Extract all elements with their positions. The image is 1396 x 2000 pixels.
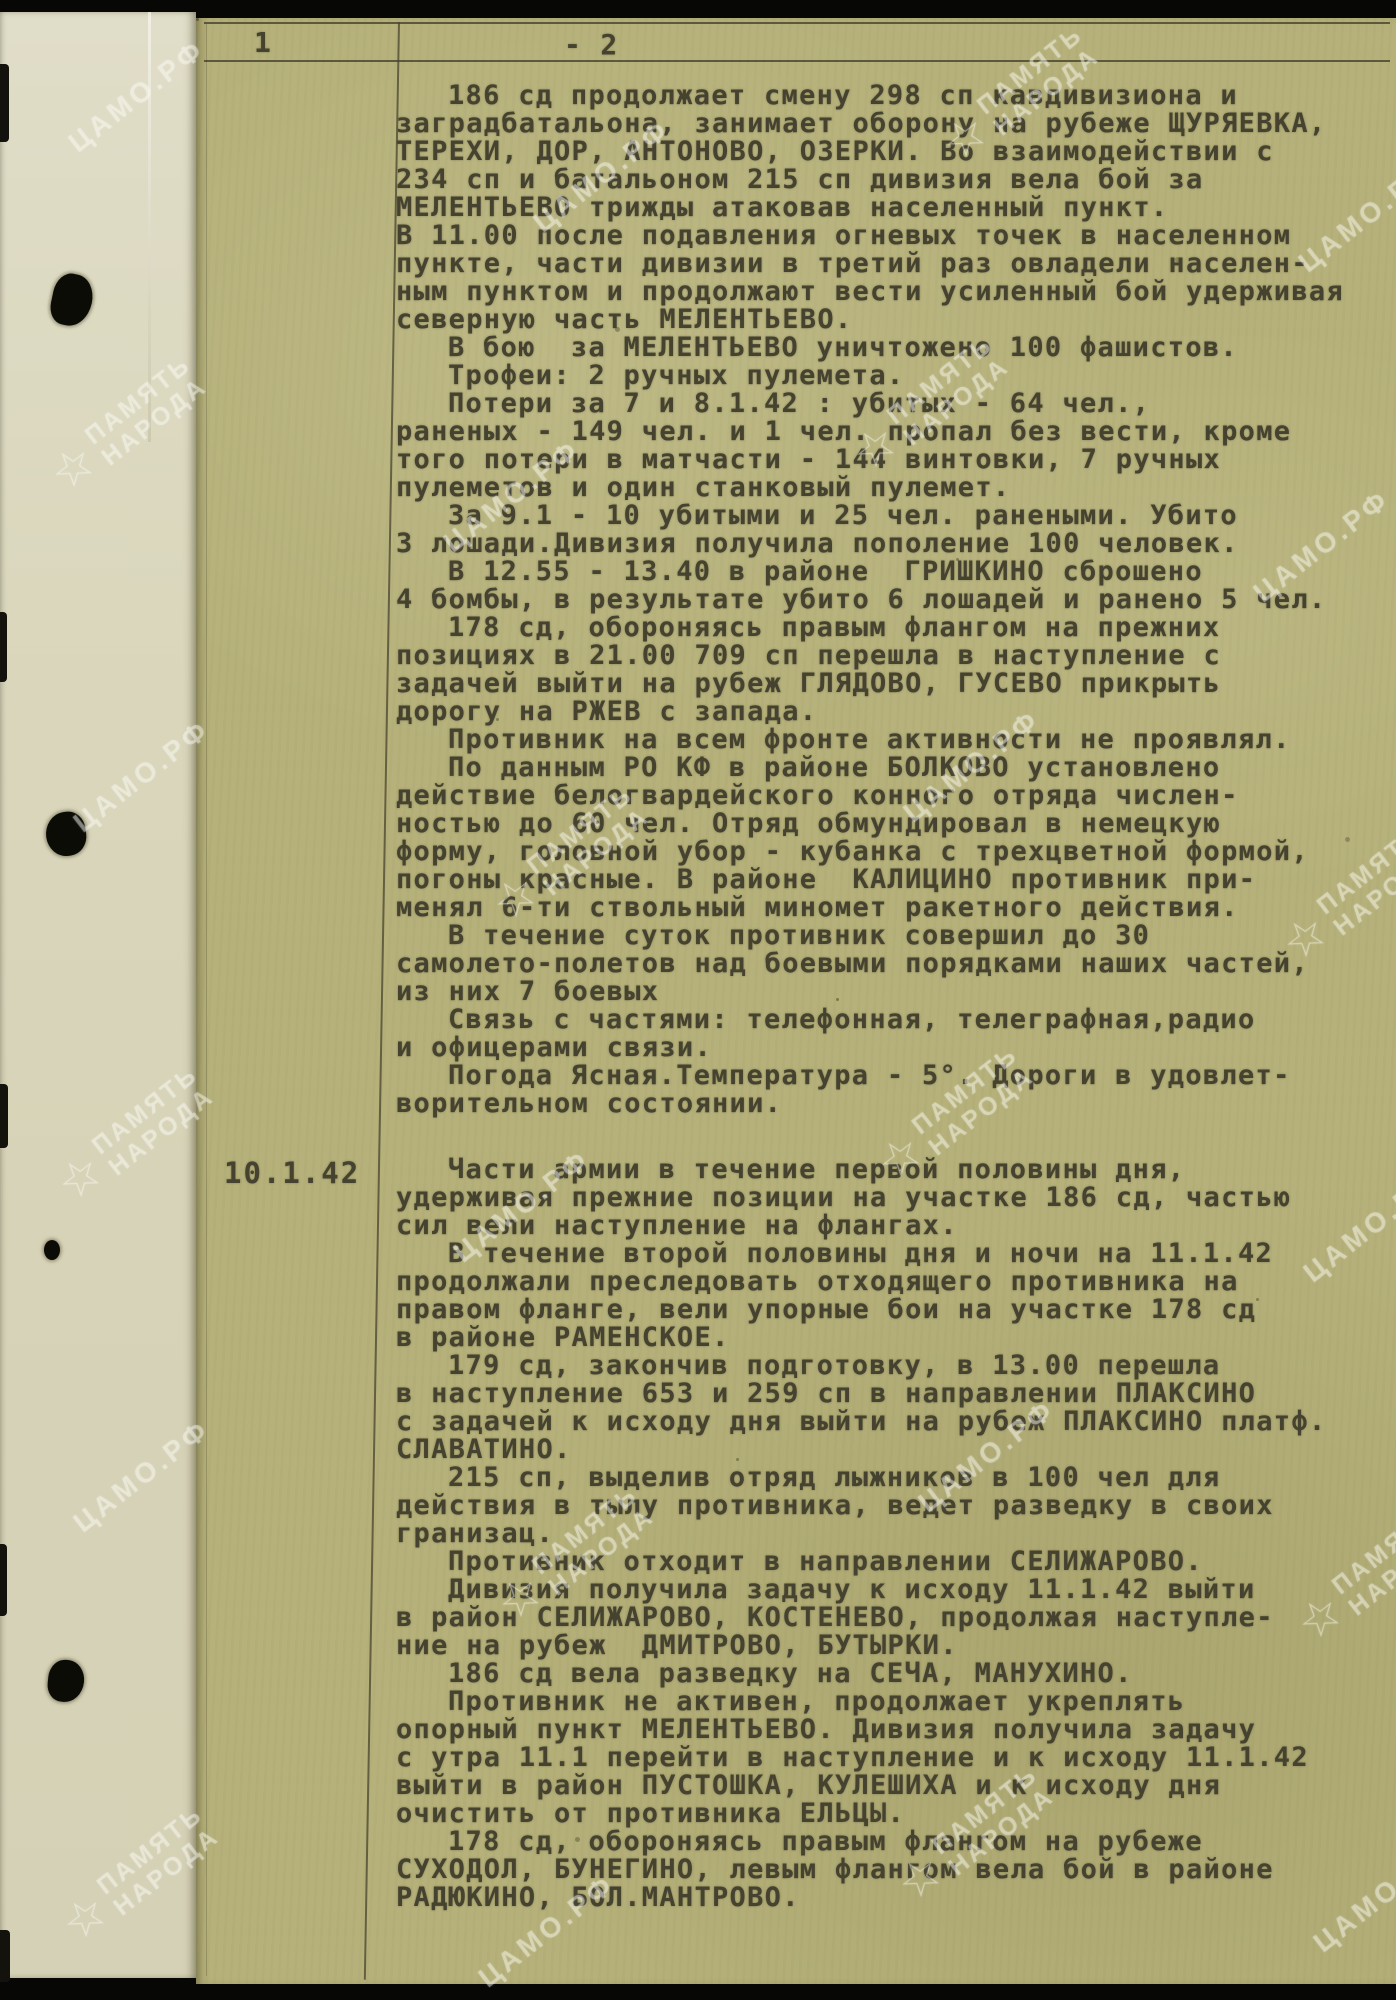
header-rule-top — [204, 22, 1390, 24]
text-line: Противник отходит в направлении СЕЛИЖАРО… — [396, 1548, 1396, 1576]
text-line: РАДЮКИНО, БОЛ.МАНТРОВО. — [396, 1884, 1396, 1912]
journal-entry-text: Части армии в течение первой половины дн… — [396, 1156, 1396, 1912]
scan-edge-mark — [0, 612, 7, 682]
text-line: очистить от противника ЕЛЬЦЫ. — [396, 1800, 1396, 1828]
text-line: 186 сд вела разведку на СЕЧА, МАНУХИНО. — [396, 1660, 1396, 1688]
text-line: в наступление 653 и 259 сп в направлении… — [396, 1380, 1396, 1408]
text-line: 178 сд, обороняясь правым флангом на пре… — [396, 614, 1396, 642]
tape-fold-line — [148, 12, 151, 442]
text-line: опорный пункт МЕЛЕНТЬЕВО. Дивизия получи… — [396, 1716, 1396, 1744]
text-line: сил вели наступление на флангах. — [396, 1212, 1396, 1240]
text-line: Трофеи: 2 ручных пулемета. — [396, 362, 1396, 390]
text-line: заградбатальона, занимает оборону на руб… — [396, 110, 1396, 138]
text-line: ворительном состоянии. — [396, 1090, 1396, 1118]
text-line: Потери за 7 и 8.1.42 : убитых - 64 чел., — [396, 390, 1396, 418]
text-line: раненых - 149 чел. и 1 чел. пропал без в… — [396, 418, 1396, 446]
text-line: СУХОДОЛ, БУНЕГИНО, левым флангом вела бо… — [396, 1856, 1396, 1884]
text-line: с утра 11.1 перейти в наступление и к ис… — [396, 1744, 1396, 1772]
text-line: Противник на всем фронте активности не п… — [396, 726, 1396, 754]
column-divider-rule — [364, 22, 400, 1980]
text-line: задачей выйти на рубеж ГЛЯДОВО, ГУСЕВО п… — [396, 670, 1396, 698]
text-line: Дивизия получила задачу к исходу 11.1.42… — [396, 1576, 1396, 1604]
text-line: ние на рубеж ДМИТРОВО, БУТЫРКИ. — [396, 1632, 1396, 1660]
header-rule-bottom — [204, 60, 1390, 62]
binding-hole — [46, 1658, 86, 1704]
text-line: выйти в район ПУСТОШКА, КУЛЕШИХА и к исх… — [396, 1772, 1396, 1800]
page-edge-tape — [0, 12, 196, 1978]
table-left-border — [206, 24, 207, 1976]
scan-edge-mark — [0, 1544, 7, 1616]
paper-specks — [196, 18, 199, 21]
text-line: За 9.1 - 10 убитыми и 25 чел. ранеными. … — [396, 502, 1396, 530]
text-line: северную часть МЕЛЕНТЬЕВО. — [396, 306, 1396, 334]
text-line: правом фланге, вели упорные бои на участ… — [396, 1296, 1396, 1324]
text-line: В бою за МЕЛЕНТЬЕВО уничтожено 100 фашис… — [396, 334, 1396, 362]
text-line: менял 6-ти ствольный миномет ракетного д… — [396, 894, 1396, 922]
text-line: В 11.00 после подавления огневых точек в… — [396, 222, 1396, 250]
text-line: форму, головной убор - кубанка с трехцве… — [396, 838, 1396, 866]
binding-hole — [47, 270, 97, 329]
text-line: из них 7 боевых — [396, 978, 1396, 1006]
text-line: 178 сд, обороняясь правым флангом на руб… — [396, 1828, 1396, 1856]
text-line: 215 сп, выделив отряд лыжников в 100 чел… — [396, 1464, 1396, 1492]
typed-page-number: - 2 — [564, 28, 618, 61]
text-line: продолжали преследовать отходящего проти… — [396, 1268, 1396, 1296]
text-line: В течение второй половины дня и ночи на … — [396, 1240, 1396, 1268]
text-line: Части армии в течение первой половины дн… — [396, 1156, 1396, 1184]
text-line: дорогу на РЖЕВ с запада. — [396, 698, 1396, 726]
text-line: пункте, части дивизии в третий раз овлад… — [396, 250, 1396, 278]
scan-edge-mark — [0, 64, 9, 142]
text-line: 234 сп и батальоном 215 сп дивизия вела … — [396, 166, 1396, 194]
text-line: погоны красные. В районе КАЛИЦИНО против… — [396, 866, 1396, 894]
text-line: 4 бомбы, в результате убито 6 лошадей и … — [396, 586, 1396, 614]
scan-edge-mark — [0, 1084, 8, 1148]
text-line: позициях в 21.00 709 сп перешла в наступ… — [396, 642, 1396, 670]
scanned-military-journal-page: { "document": { "handwritten_page_number… — [0, 0, 1396, 2000]
text-line: в район СЕЛИЖАРОВО, КОСТЕНЕВО, продолжая… — [396, 1604, 1396, 1632]
text-line: и офицерами связи. — [396, 1034, 1396, 1062]
column-number-1: 1 — [254, 26, 272, 59]
text-line: пулеметов и один станковый пулемет. — [396, 474, 1396, 502]
text-line: ТЕРЕХИ, ДОР, АНТОНОВО, ОЗЕРКИ. Во взаимо… — [396, 138, 1396, 166]
scan-edge-mark — [0, 1930, 10, 1982]
text-line: СЛАВАТИНО. — [396, 1436, 1396, 1464]
text-line: В 12.55 - 13.40 в районе ГРИШКИНО сброше… — [396, 558, 1396, 586]
text-line: того потери в матчасти - 144 винтовки, 7… — [396, 446, 1396, 474]
text-line: 3 лошади.Дивизия получила пополение 100 … — [396, 530, 1396, 558]
entry-date: 10.1.42 — [224, 1156, 360, 1190]
journal-page: 1 - 2 4 10.1.42 186 сд продолжает смену … — [196, 18, 1396, 1984]
text-line: 179 сд, закончив подготовку, в 13.00 пер… — [396, 1352, 1396, 1380]
text-line: Противник не активен, продолжает укрепля… — [396, 1688, 1396, 1716]
text-line: 186 сд продолжает смену 298 сп кавдивизи… — [396, 82, 1396, 110]
text-line: Погода Ясная.Температура - 5°. Дороги в … — [396, 1062, 1396, 1090]
text-line: с задачей к исходу дня выйти на рубеж ПЛ… — [396, 1408, 1396, 1436]
text-line: гранизац. — [396, 1520, 1396, 1548]
text-line: действия в тылу противника, ведет развед… — [396, 1492, 1396, 1520]
binding-hole — [43, 809, 89, 858]
text-line: В течение суток противник совершил до 30 — [396, 922, 1396, 950]
text-line: в районе РАМЕНСКОЕ. — [396, 1324, 1396, 1352]
text-line: По данным РО КФ в районе БОЛКОВО установ… — [396, 754, 1396, 782]
binding-hole — [44, 1240, 60, 1260]
text-line: ностью до 60 чел. Отряд обмундировал в н… — [396, 810, 1396, 838]
text-line: удерживая прежние позиции на участке 186… — [396, 1184, 1396, 1212]
text-line: Связь с частями: телефонная, телеграфная… — [396, 1006, 1396, 1034]
journal-entry-text: 186 сд продолжает смену 298 сп кавдивизи… — [396, 82, 1396, 1118]
text-line: ным пунктом и продолжают вести усиленный… — [396, 278, 1396, 306]
text-line: МЕЛЕНТЬЕВО трижды атаковав населенный пу… — [396, 194, 1396, 222]
text-line: действие белогвардейского конного отряда… — [396, 782, 1396, 810]
text-line: самолето-полетов над боевыми порядками н… — [396, 950, 1396, 978]
